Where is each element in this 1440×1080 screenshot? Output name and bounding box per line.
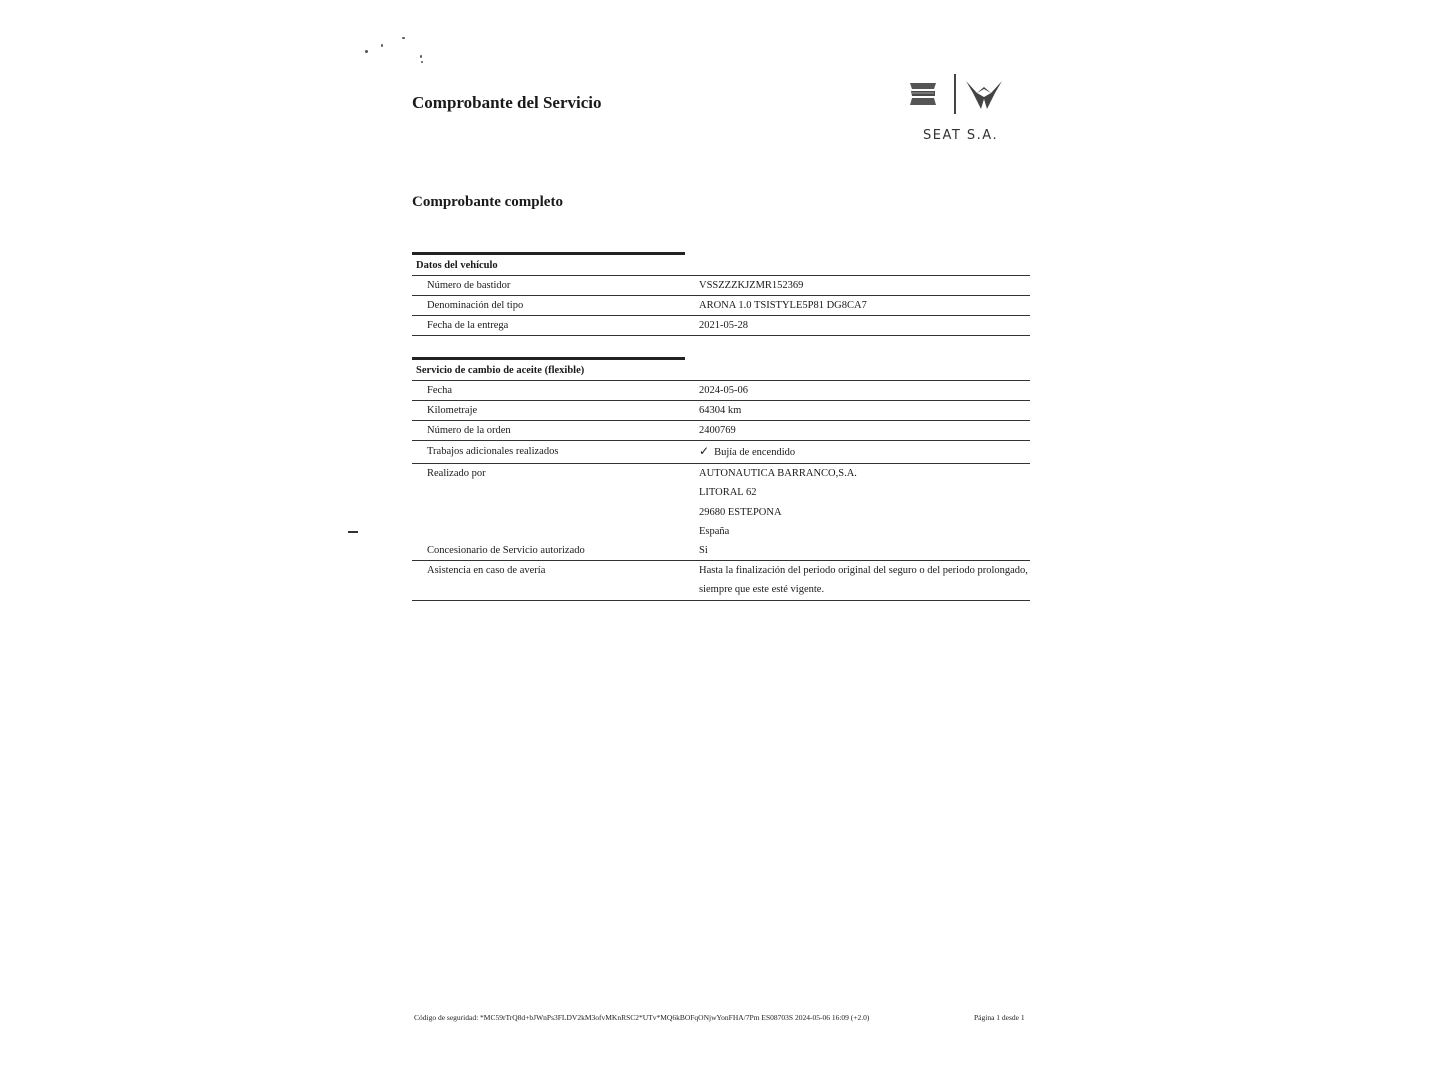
scan-speck (421, 61, 423, 63)
table-row-performed-by: Realizado por AUTONAUTICA BARRANCO,S.A. … (412, 464, 1030, 541)
page-number: Página 1 desde 1 (974, 1013, 1025, 1022)
vehicle-data-section: Datos del vehículo Número de bastidor VS… (412, 252, 1030, 336)
table-row: Número de la orden 2400769 (412, 421, 1030, 441)
additional-work: Bujía de encendido (714, 447, 795, 458)
row-value: 2024-05-06 (685, 381, 1030, 400)
service-section: Servicio de cambio de aceite (flexible) … (412, 357, 1030, 601)
seat-logo-icon (908, 82, 938, 106)
row-value: 2021-05-28 (685, 316, 1030, 335)
company-name: SEAT S.A. (923, 128, 998, 143)
row-value: VSSZZZKJZMR152369 (685, 276, 1030, 295)
table-row: Denominación del tipo ARONA 1.0 TSISTYLE… (412, 296, 1030, 316)
assistance-line: siempre que este esté vigente. (699, 580, 1030, 599)
assistance-text: Hasta la finalización del periodo origin… (685, 561, 1030, 600)
row-label: Fecha de la entrega (412, 316, 685, 335)
scan-speck (365, 50, 368, 53)
scan-speck (381, 44, 383, 47)
security-code: Código de seguridad: *MC59rTrQ8d+bJWnPs3… (414, 1013, 869, 1022)
row-label: Trabajos adicionales realizados (412, 441, 685, 463)
dealer-name: AUTONAUTICA BARRANCO,S.A. (699, 464, 1030, 483)
section-heading: Datos del vehículo (412, 255, 1030, 276)
table-row: Concesionario de Servicio autorizado Si (412, 541, 1030, 561)
scan-speck (402, 37, 405, 39)
row-value: 64304 km (685, 401, 1030, 420)
row-label: Kilometraje (412, 401, 685, 420)
dealer-city: 29680 ESTEPONA (699, 503, 1030, 522)
table-row: Kilometraje 64304 km (412, 401, 1030, 421)
dealer-country: España (699, 522, 1030, 541)
table-row: Trabajos adicionales realizados ✓Bujía d… (412, 441, 1030, 464)
dealer-street: LITORAL 62 (699, 483, 1030, 502)
row-label: Asistencia en caso de avería (412, 561, 685, 600)
row-label: Número de la orden (412, 421, 685, 440)
document-title: Comprobante del Servicio (412, 93, 602, 113)
row-label: Denominación del tipo (412, 296, 685, 315)
checkmark-icon: ✓ (699, 444, 709, 458)
row-label: Número de bastidor (412, 276, 685, 295)
row-label: Realizado por (412, 464, 685, 541)
row-value: ✓Bujía de encendido (685, 441, 1030, 463)
row-value: 2400769 (685, 421, 1030, 440)
logo-separator (954, 74, 956, 114)
table-row: Fecha 2024-05-06 (412, 381, 1030, 401)
table-row: Número de bastidor VSSZZZKJZMR152369 (412, 276, 1030, 296)
dealer-address: AUTONAUTICA BARRANCO,S.A. LITORAL 62 296… (685, 464, 1030, 541)
scan-mark (348, 531, 358, 533)
row-value: Si (685, 541, 1030, 560)
row-value: ARONA 1.0 TSISTYLE5P81 DG8CA7 (685, 296, 1030, 315)
table-row: Fecha de la entrega 2021-05-28 (412, 316, 1030, 336)
section-heading: Servicio de cambio de aceite (flexible) (412, 360, 1030, 381)
assistance-line: Hasta la finalización del periodo origin… (699, 561, 1030, 580)
row-label: Fecha (412, 381, 685, 400)
table-row: Asistencia en caso de avería Hasta la fi… (412, 561, 1030, 601)
scan-speck (420, 55, 422, 58)
cupra-logo-icon (965, 79, 1003, 111)
row-label: Concesionario de Servicio autorizado (412, 541, 685, 560)
document-subtitle: Comprobante completo (412, 194, 563, 211)
